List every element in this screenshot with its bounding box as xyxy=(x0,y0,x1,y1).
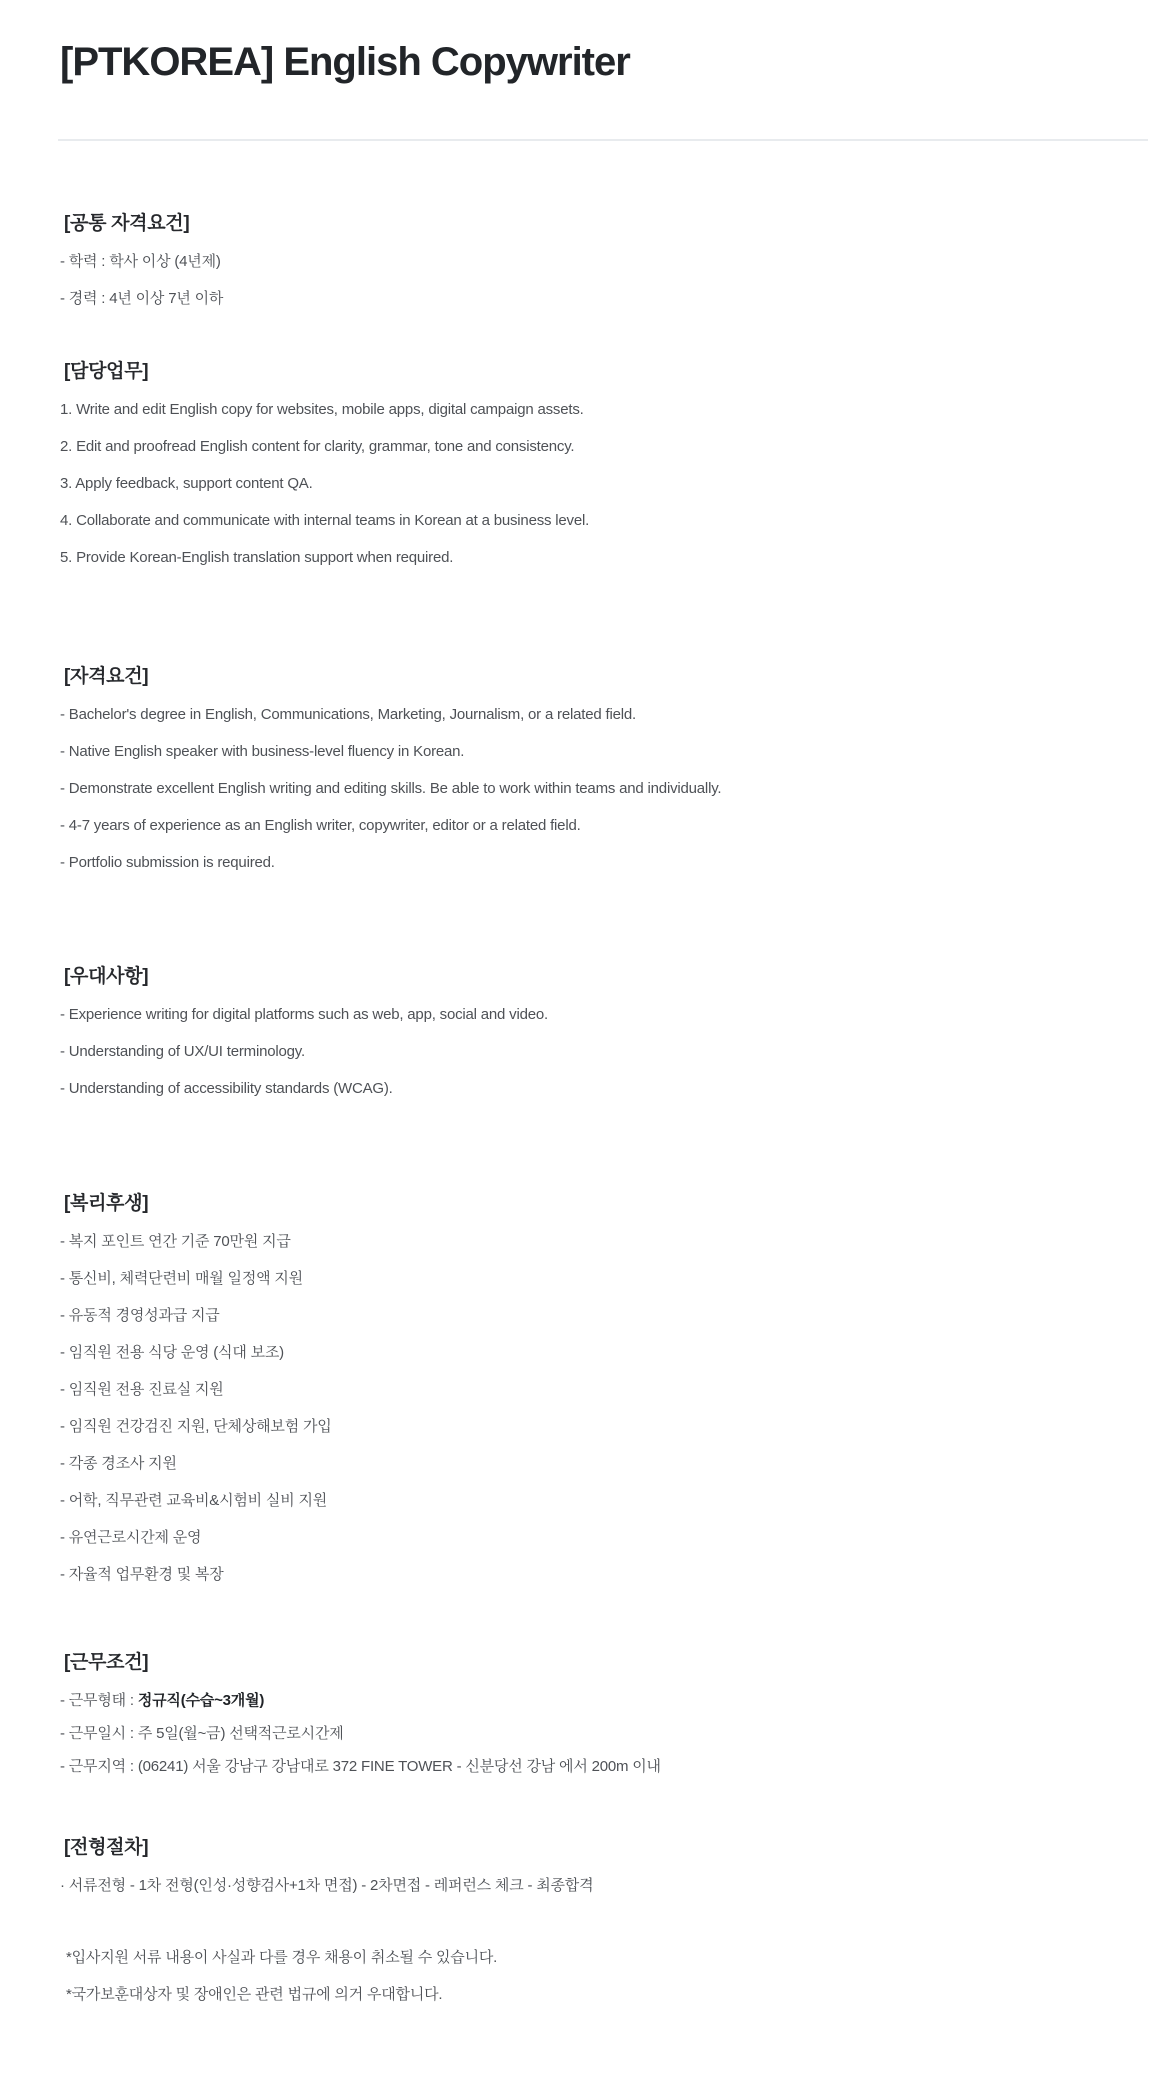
list-item: - 학력 : 학사 이상 (4년제) xyxy=(60,251,1112,272)
section-heading: [복리후생] xyxy=(60,1191,1112,1217)
list-item: - 임직원 건강검진 지원, 단체상해보험 가입 xyxy=(60,1416,1112,1437)
section-heading: [우대사항] xyxy=(60,964,1112,990)
list-item: 5. Provide Korean-English translation su… xyxy=(60,547,1112,568)
list-item: - 각종 경조사 지원 xyxy=(60,1453,1112,1474)
list-item: 2. Edit and proofread English content fo… xyxy=(60,436,1112,457)
list-item: - Understanding of UX/UI terminology. xyxy=(60,1041,1112,1062)
job-posting-page: [PTKOREA] English Copywriter [공통 자격요건] -… xyxy=(0,0,1172,2091)
list-item: - 근무지역 : (06241) 서울 강남구 강남대로 372 FINE TO… xyxy=(60,1756,1112,1777)
list-item: - Native English speaker with business-l… xyxy=(60,741,1112,762)
list-item: - 어학, 직무관련 교육비&시험비 실비 지원 xyxy=(60,1490,1112,1511)
list-item: - Portfolio submission is required. xyxy=(60,852,1112,873)
list-item: - 근무일시 : 주 5일(월~금) 선택적근로시간제 xyxy=(60,1723,1112,1744)
section-requirements: [자격요건] - Bachelor's degree in English, C… xyxy=(60,664,1112,873)
list-item: - 임직원 전용 진료실 지원 xyxy=(60,1379,1112,1400)
list-item: 4. Collaborate and communicate with inte… xyxy=(60,510,1112,531)
section-work-conditions: [근무조건] - 근무형태 : 정규직(수습~3개월) - 근무일시 : 주 5… xyxy=(60,1650,1112,1777)
list-item: - 유동적 경영성과급 지급 xyxy=(60,1305,1112,1326)
list-item: - 복지 포인트 연간 기준 70만원 지급 xyxy=(60,1231,1112,1252)
page-title: [PTKOREA] English Copywriter xyxy=(60,40,1112,84)
footnotes: *입사지원 서류 내용이 사실과 다를 경우 채용이 취소될 수 있습니다. *… xyxy=(60,1947,1112,2005)
list-item: 1. Write and edit English copy for websi… xyxy=(60,399,1112,420)
list-item: · 서류전형 - 1차 전형(인성·성향검사+1차 면접) - 2차면접 - 레… xyxy=(60,1875,1112,1896)
list-item: 3. Apply feedback, support content QA. xyxy=(60,473,1112,494)
list-item: - 유연근로시간제 운영 xyxy=(60,1527,1112,1548)
section-heading: [자격요건] xyxy=(60,664,1112,690)
list-item: - 임직원 전용 식당 운영 (식대 보조) xyxy=(60,1342,1112,1363)
title-divider xyxy=(58,139,1148,141)
list-item: - 자율적 업무환경 및 복장 xyxy=(60,1564,1112,1585)
footnote: *국가보훈대상자 및 장애인은 관련 법규에 의거 우대합니다. xyxy=(60,1984,1112,2005)
section-heading: [근무조건] xyxy=(60,1650,1112,1676)
footnote: *입사지원 서류 내용이 사실과 다를 경우 채용이 취소될 수 있습니다. xyxy=(60,1947,1112,1968)
employment-type-item: - 근무형태 : 정규직(수습~3개월) xyxy=(60,1690,1112,1711)
list-item: - Bachelor's degree in English, Communic… xyxy=(60,704,1112,725)
section-hiring-process: [전형절차] · 서류전형 - 1차 전형(인성·성향검사+1차 면접) - 2… xyxy=(60,1835,1112,1896)
employment-type-value: 정규직(수습~3개월) xyxy=(138,1692,264,1709)
section-heading: [담당업무] xyxy=(60,359,1112,385)
employment-type-label: - 근무형태 : xyxy=(60,1692,138,1709)
list-item: - Experience writing for digital platfor… xyxy=(60,1004,1112,1025)
section-responsibilities: [담당업무] 1. Write and edit English copy fo… xyxy=(60,359,1112,568)
section-heading: [전형절차] xyxy=(60,1835,1112,1861)
list-item: - 경력 : 4년 이상 7년 이하 xyxy=(60,288,1112,309)
section-preferred: [우대사항] - Experience writing for digital … xyxy=(60,964,1112,1099)
list-item: - 통신비, 체력단련비 매월 일정액 지원 xyxy=(60,1268,1112,1289)
list-item: - Understanding of accessibility standar… xyxy=(60,1078,1112,1099)
section-common-qualifications: [공통 자격요건] - 학력 : 학사 이상 (4년제) - 경력 : 4년 이… xyxy=(60,211,1112,309)
list-item: - 4-7 years of experience as an English … xyxy=(60,815,1112,836)
list-item: - Demonstrate excellent English writing … xyxy=(60,778,1112,799)
section-benefits: [복리후생] - 복지 포인트 연간 기준 70만원 지급 - 통신비, 체력단… xyxy=(60,1191,1112,1585)
section-heading: [공통 자격요건] xyxy=(60,211,1112,237)
